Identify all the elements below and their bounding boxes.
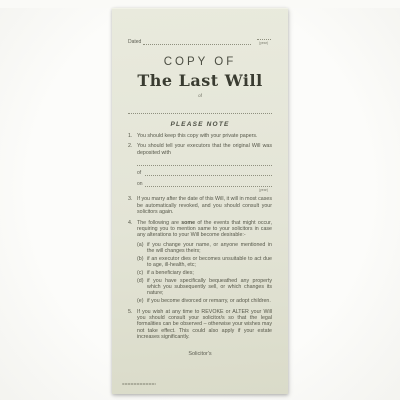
note-number: 4. [128, 220, 137, 239]
sub-event-text: if a beneficiary dies; [147, 270, 272, 276]
last-will-cover-document: Dated (year) COPY OF The Last Will of PL… [112, 8, 288, 394]
sub-event-text: if you change your name, or anyone menti… [147, 242, 272, 255]
note-item-1: 1. You should keep this copy with your p… [128, 133, 272, 139]
note-item-4: 4. The following are some of the events … [128, 220, 272, 239]
dated-write-in-line [143, 39, 251, 45]
note-number: 1. [128, 133, 137, 139]
footer-small-print-code [122, 383, 156, 386]
sub-event-text: if you become divorced or remarry, or ad… [147, 298, 272, 304]
deposit-of-line [145, 170, 272, 176]
sub-event-text: if an executor dies or becomes unsuitabl… [147, 256, 272, 269]
sub-event-letter: (a) [137, 242, 147, 255]
testator-name-line [128, 112, 272, 114]
sub-event-letter: (e) [137, 298, 147, 304]
dated-year-block: (year) [255, 34, 272, 45]
note-item-2: 2. You should tell your executors that t… [128, 143, 272, 156]
copy-of-heading: COPY OF [128, 56, 272, 68]
note-text-emphasis: some [181, 220, 195, 226]
title-of-label: of [128, 93, 272, 98]
deposit-on-line [145, 181, 272, 187]
note-item-5: 5. If you wish at any time to REVOKE or … [128, 309, 272, 340]
deposit-write-in-block: of on (year) [137, 161, 272, 192]
sub-event-text: if you have specifically bequeathed any … [147, 278, 272, 297]
dated-label: Dated [128, 39, 141, 45]
sub-event-e: (e) if you become divorced or remarry, o… [137, 298, 272, 304]
note-number: 5. [128, 309, 137, 340]
deposit-on-row: on [137, 181, 272, 187]
dated-year-line [257, 34, 271, 40]
deposit-year-caption: (year) [259, 188, 268, 192]
solicitors-label: Solicitor's [128, 351, 272, 357]
note-text: The following are some of the events tha… [137, 220, 272, 239]
photo-background: Dated (year) COPY OF The Last Will of PL… [0, 8, 400, 400]
sub-event-b: (b) if an executor dies or becomes unsui… [137, 256, 272, 269]
note-number: 3. [128, 196, 137, 215]
sub-event-a: (a) if you change your name, or anyone m… [137, 242, 272, 255]
note-text: If you wish at any time to REVOKE or ALT… [137, 309, 272, 340]
note-number: 2. [128, 143, 137, 156]
note-text: If you marry after the date of this Will… [137, 196, 272, 215]
sub-event-letter: (d) [137, 278, 147, 297]
sub-event-letter: (b) [137, 256, 147, 269]
deposit-year-row: (year) [137, 188, 272, 192]
note-item-3: 3. If you marry after the date of this W… [128, 196, 272, 215]
deposit-on-label: on [137, 182, 145, 187]
dated-year-caption: (year) [259, 41, 268, 45]
document-title: The Last Will [128, 72, 272, 90]
depository-name-line [137, 161, 272, 166]
deposit-of-row: of [137, 170, 272, 176]
sub-event-d: (d) if you have specifically bequeathed … [137, 278, 272, 297]
deposit-of-label: of [137, 171, 145, 176]
sub-event-letter: (c) [137, 270, 147, 276]
sub-event-c: (c) if a beneficiary dies; [137, 270, 272, 276]
dated-row: Dated (year) [128, 34, 272, 45]
note-text-pre: The following are [137, 220, 181, 226]
sub-events-list: (a) if you change your name, or anyone m… [137, 242, 272, 305]
note-text: You should tell your executors that the … [137, 143, 272, 156]
please-note-heading: PLEASE NOTE [128, 121, 272, 128]
note-text: You should keep this copy with your priv… [137, 133, 272, 139]
